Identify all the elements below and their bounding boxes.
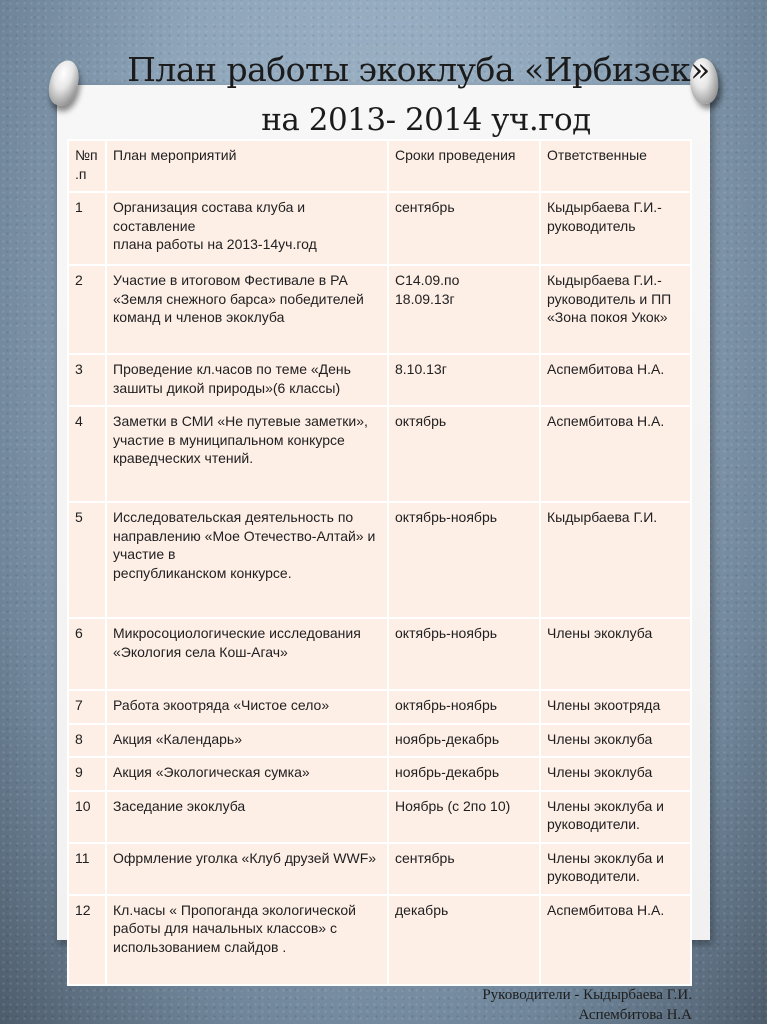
cell-number: 2 [68,265,106,354]
cell-dates: октябрь-ноябрь [388,502,540,618]
header-number: №п .п [68,140,106,192]
footer-leaders: Руководители - Кыдырбаева Г.И. Аспембито… [482,985,692,1024]
cell-dates: ноябрь-декабрь [388,724,540,758]
table-row: 1Организация состава клуба и составление… [68,192,691,265]
table-row: 10 Заседание экоклубаНоябрь (с 2по 10)Чл… [68,791,691,843]
cell-number: 11 [68,843,106,895]
cell-dates: октябрь-ноябрь [388,690,540,724]
cell-responsible: Члены экоклуба [540,618,691,690]
cell-responsible: Члены экоклуба [540,757,691,791]
cell-number: 9 [68,757,106,791]
cell-number: 12 [68,895,106,985]
cell-dates: сентябрь [388,843,540,895]
cell-responsible: Кыдырбаева Г.И.-руководитель [540,192,691,265]
cell-responsible: Кыдырбаева Г.И. [540,502,691,618]
cell-number: 3 [68,354,106,406]
cell-dates: С14.09.по 18.09.13г [388,265,540,354]
cell-plan: Проведение кл.часов по теме «День зашиты… [106,354,388,406]
table-row: 9 Акция «Экологическая сумка»ноябрь-дека… [68,757,691,791]
table-row: 4 Заметки в СМИ «Не путевые заметки», уч… [68,406,691,502]
table-header-row: №п .п План мероприятий Сроки проведения … [68,140,691,192]
table-row: 11 Офрмление уголка «Клуб друзей WWF»сен… [68,843,691,895]
cell-plan: Участие в итоговом Фестивале в РА «Земля… [106,265,388,354]
cell-plan: Заседание экоклуба [106,791,388,843]
page-subtitle: на 2013- 2014 уч.год [0,102,767,138]
cell-responsible: Аспембитова Н.А. [540,354,691,406]
cell-number: 1 [68,192,106,265]
cell-plan: Микросоциологические исследования «Эколо… [106,618,388,690]
table-row: 8 Акция «Календарь»ноябрь-декабрьЧлены э… [68,724,691,758]
header-dates: Сроки проведения [388,140,540,192]
cell-dates: октябрь [388,406,540,502]
table-row: 3Проведение кл.часов по теме «День зашит… [68,354,691,406]
cell-dates: октябрь-ноябрь [388,618,540,690]
cell-number: 7 [68,690,106,724]
cell-number: 4 [68,406,106,502]
header-plan: План мероприятий [106,140,388,192]
cell-plan: Офрмление уголка «Клуб друзей WWF» [106,843,388,895]
cell-number: 8 [68,724,106,758]
cell-responsible: Члены экоклуба и руководители. [540,791,691,843]
cell-number: 5 [68,502,106,618]
cell-number: 10 [68,791,106,843]
cell-plan: Работа экоотряда «Чистое село» [106,690,388,724]
cell-dates: сентябрь [388,192,540,265]
table-row: 12 Кл.часы « Пропоганда экологической ра… [68,895,691,985]
header-responsible: Ответственные [540,140,691,192]
cell-plan: Акция «Экологическая сумка» [106,757,388,791]
cell-plan: Заметки в СМИ «Не путевые заметки», учас… [106,406,388,502]
cell-dates: декабрь [388,895,540,985]
page-title: План работы экоклуба «Ирбизек» [0,50,767,89]
table-row: 6 Микросоциологические исследования «Эко… [68,618,691,690]
cell-dates: Ноябрь (с 2по 10) [388,791,540,843]
cell-plan: Организация состава клуба и составление … [106,192,388,265]
table-row: 2Участие в итоговом Фестивале в РА «Земл… [68,265,691,354]
table-row: 7 Работа экоотряда «Чистое село»октябрь-… [68,690,691,724]
cell-dates: ноябрь-декабрь [388,757,540,791]
cell-plan: Исследовательская деятельность по направ… [106,502,388,618]
cell-responsible: Члены экоклуба [540,724,691,758]
cell-responsible: Аспембитова Н.А. [540,895,691,985]
table-row: 5 Исследовательская деятельность по напр… [68,502,691,618]
cell-plan: Акция «Календарь» [106,724,388,758]
plan-table: №п .п План мероприятий Сроки проведения … [67,139,692,986]
cell-responsible: Кыдырбаева Г.И.-руководитель и ПП «Зона … [540,265,691,354]
cell-responsible: Аспембитова Н.А. [540,406,691,502]
cell-responsible: Члены экоотряда [540,690,691,724]
cell-dates: 8.10.13г [388,354,540,406]
cell-plan: Кл.часы « Пропоганда экологической работ… [106,895,388,985]
cell-number: 6 [68,618,106,690]
cell-responsible: Члены экоклуба и руководители. [540,843,691,895]
